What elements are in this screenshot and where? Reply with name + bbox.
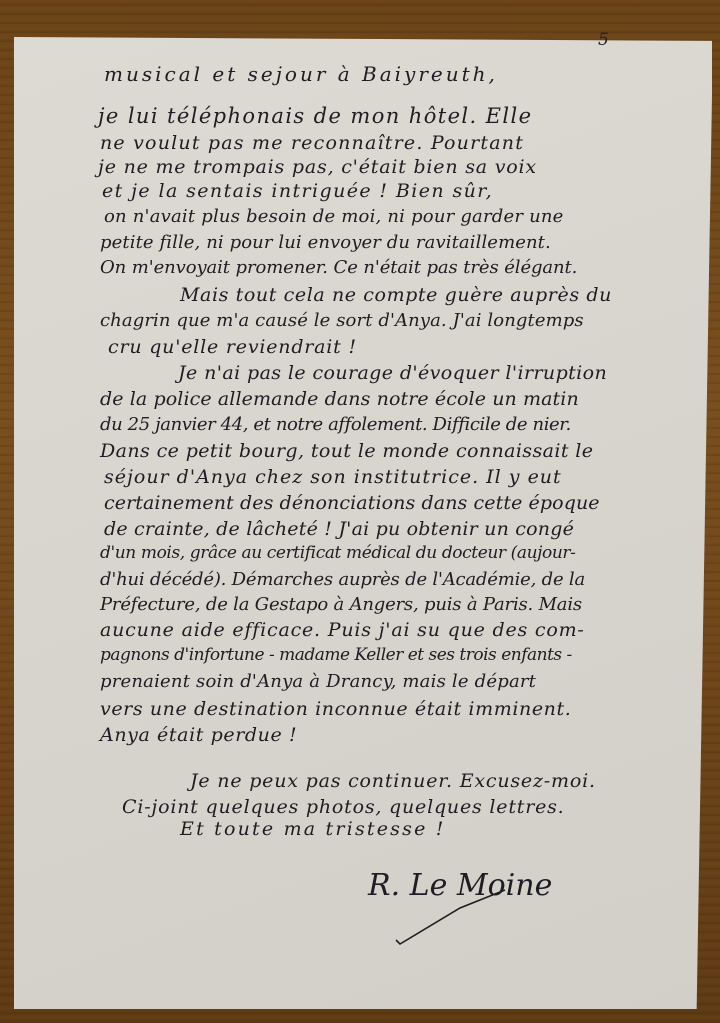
letter-line: Anya était perdue !	[100, 724, 297, 746]
letter-line: chagrin que m'a causé le sort d'Anya. J'…	[100, 310, 584, 331]
letter-line: Je ne peux pas continuer. Excusez-moi.	[190, 770, 596, 792]
letter-line: de crainte, de lâcheté ! J'ai pu obtenir…	[104, 518, 574, 540]
signature-flourish-icon	[390, 878, 510, 948]
letter-line: aucune aide efficace. Puis j'ai su que d…	[100, 619, 585, 641]
letter-line: d'hui décédé). Démarches auprès de l'Aca…	[100, 569, 585, 590]
letter-line: Ci-joint quelques photos, quelques lettr…	[122, 796, 565, 818]
letter-line: Et toute ma tristesse !	[180, 818, 446, 840]
letter-line: ne voulut pas me reconnaître. Pourtant	[100, 132, 524, 154]
page-number: 5	[598, 30, 609, 50]
letter-line: et je la sentais intriguée ! Bien sûr,	[102, 180, 493, 202]
letter-line: Mais tout cela ne compte guère auprès du	[180, 284, 612, 306]
letter-line: je lui téléphonais de mon hôtel. Elle	[98, 104, 532, 128]
letter-line: pagnons d'infortune - madame Keller et s…	[100, 645, 572, 665]
letter-line: séjour d'Anya chez son institutrice. Il …	[104, 466, 562, 488]
letter-line: Je n'ai pas le courage d'évoquer l'irrup…	[178, 362, 607, 384]
letter-line: on n'avait plus besoin de moi, ni pour g…	[104, 206, 564, 227]
letter-line: je ne me trompais pas, c'était bien sa v…	[98, 156, 537, 178]
letter-line: Préfecture, de la Gestapo à Angers, puis…	[100, 594, 582, 615]
letter-line: cru qu'elle reviendrait !	[108, 336, 357, 358]
letter-line: de la police allemande dans notre école …	[100, 388, 579, 410]
letter-line: du 25 janvier 44, et notre affolement. D…	[100, 414, 571, 435]
letter-line: vers une destination inconnue était immi…	[100, 698, 571, 720]
letter-line: Dans ce petit bourg, tout le monde conna…	[100, 440, 593, 462]
letter-line: certainement des dénonciations dans cett…	[104, 492, 600, 514]
letter-line: musical et sejour à Baiyreuth,	[104, 62, 498, 86]
letter-line: d'un mois, grâce au certificat médical d…	[100, 543, 575, 563]
letter-line: petite fille, ni pour lui envoyer du rav…	[100, 232, 551, 253]
letter-line: On m'envoyait promener. Ce n'était pas t…	[100, 257, 577, 278]
letter-line: prenaient soin d'Anya à Drancy, mais le …	[100, 671, 536, 692]
